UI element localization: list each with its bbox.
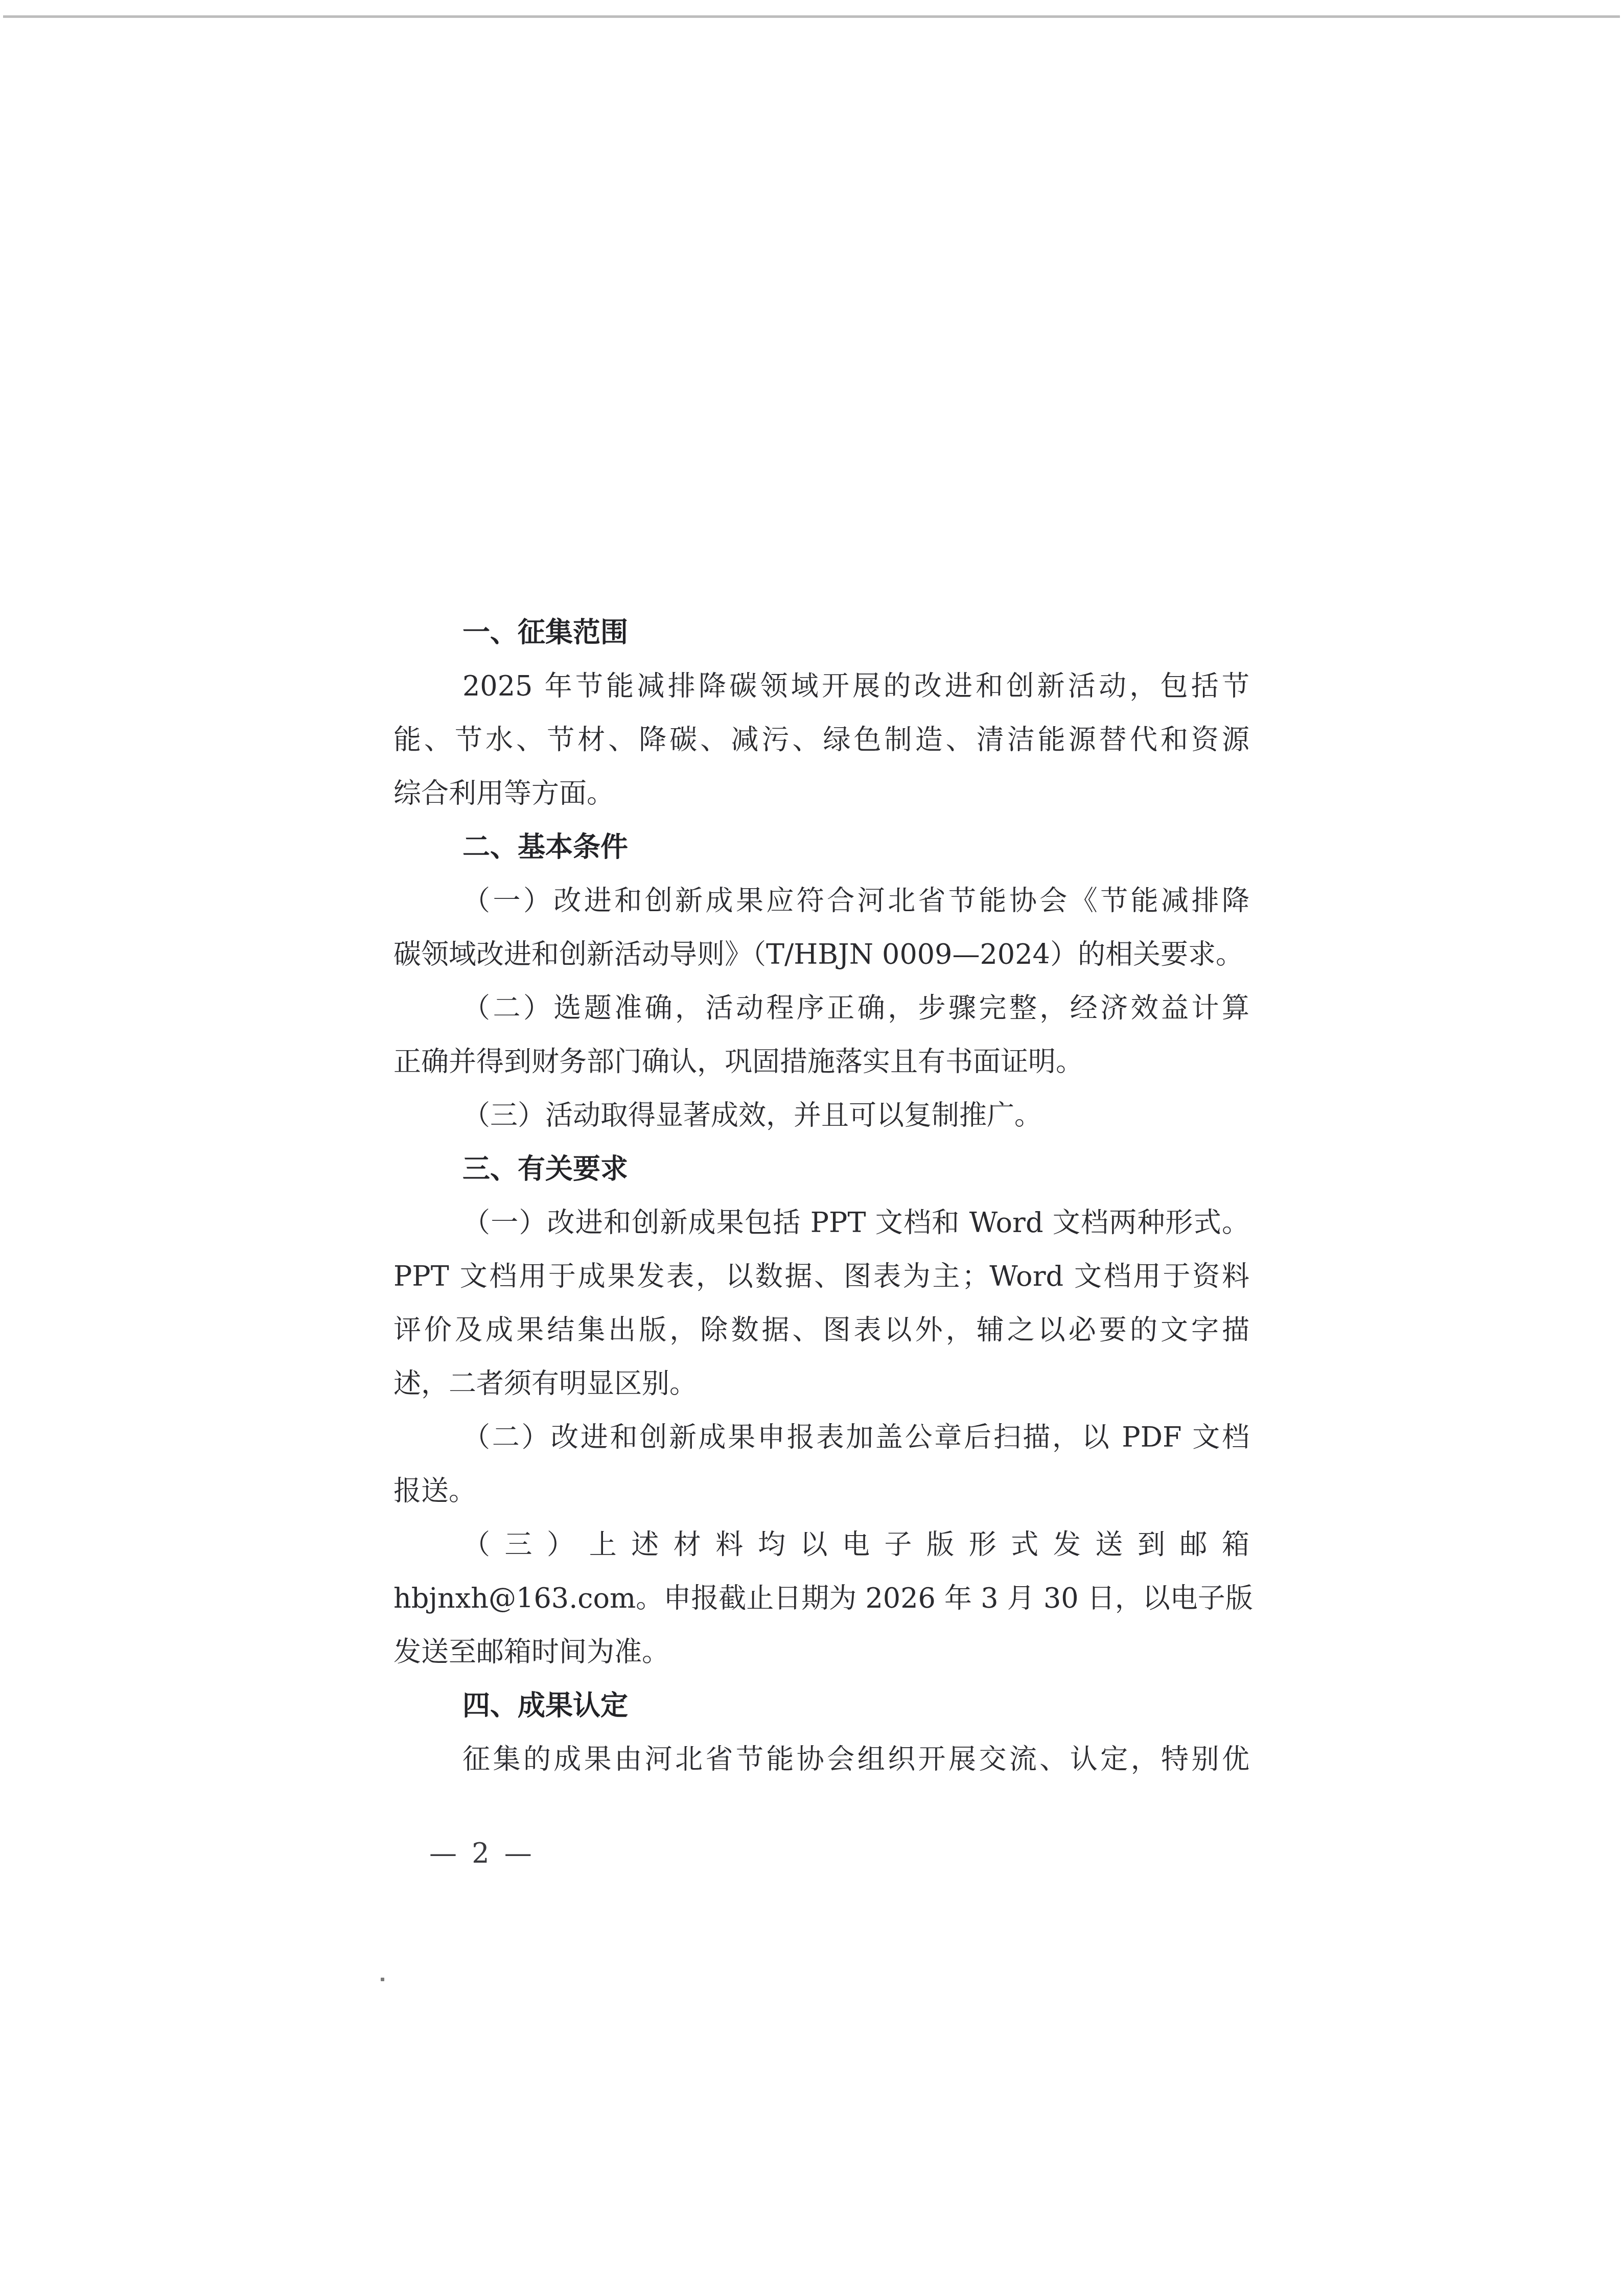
section-heading-basic-conditions: 二、基本条件 — [393, 820, 1249, 874]
scan-speck — [381, 1978, 384, 1981]
paragraph-line: （二）选题准确，活动程序正确，步骤完整，经济效益计算 — [393, 981, 1249, 1035]
paragraph-line: 正确并得到财务部门确认，巩固措施落实且有书面证明。 — [393, 1035, 1249, 1088]
paragraph-line: （二）改进和创新成果申报表加盖公章后扫描，以 PDF 文档 — [393, 1410, 1249, 1464]
paragraph-line: 能、节水、节材、降碳、减污、绿色制造、清洁能源替代和资源 — [393, 713, 1249, 767]
paragraph-line: 2025 年节能减排降碳领域开展的改进和创新活动，包括节 — [393, 659, 1249, 713]
paragraph-line: 发送至邮箱时间为准。 — [393, 1625, 1249, 1679]
paragraph-line: PPT 文档用于成果发表，以数据、图表为主；Word 文档用于资料 — [393, 1249, 1249, 1303]
paragraph-line: （一）改进和创新成果包括 PPT 文档和 Word 文档两种形式。 — [393, 1196, 1249, 1249]
page-number: — 2 — — [429, 1837, 535, 1869]
paragraph-line: （三）活动取得显著成效，并且可以复制推广。 — [393, 1088, 1249, 1142]
paragraph-line: （三）上述材料均以电子版形式发送到邮箱 — [393, 1518, 1249, 1571]
paragraph-line: 评价及成果结集出版，除数据、图表以外，辅之以必要的文字描 — [393, 1303, 1249, 1357]
paragraph-line-email: hbjnxh@163.com。申报截止日期为 2026 年 3 月 30 日，以… — [393, 1571, 1249, 1625]
section-heading-scope: 一、征集范围 — [393, 606, 1249, 659]
paragraph-line: 述，二者须有明显区别。 — [393, 1357, 1249, 1410]
paragraph-line: （一）改进和创新成果应符合河北省节能协会《节能减排降 — [393, 874, 1249, 927]
paragraph-line: 碳领域改进和创新活动导则》（T/HBJN 0009—2024）的相关要求。 — [393, 927, 1249, 981]
paragraph-line: 征集的成果由河北省节能协会组织开展交流、认定，特别优 — [393, 1732, 1249, 1786]
document-body: 一、征集范围 2025 年节能减排降碳领域开展的改进和创新活动，包括节 能、节水… — [393, 606, 1249, 1786]
section-heading-recognition: 四、成果认定 — [393, 1679, 1249, 1732]
scan-top-rule — [3, 15, 1620, 18]
section-heading-requirements: 三、有关要求 — [393, 1142, 1249, 1196]
paragraph-line: 报送。 — [393, 1464, 1249, 1518]
paragraph-line: 综合利用等方面。 — [393, 767, 1249, 820]
